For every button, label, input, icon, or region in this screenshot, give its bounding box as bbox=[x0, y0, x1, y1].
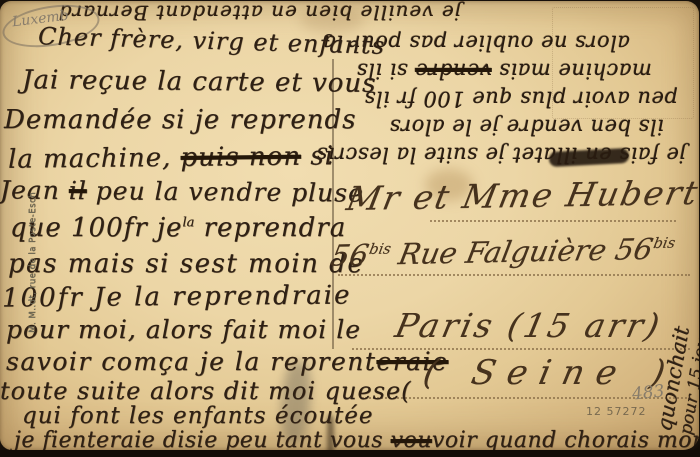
inverted-text: peu avoir plus que 100 fr ils bbox=[364, 87, 678, 111]
handwriting-line: Demandée si je reprends bbox=[4, 105, 356, 135]
handwriting-line: Jai reçue la carte et vous bbox=[22, 65, 377, 99]
handwriting-line: pas mais si sest moin de bbox=[8, 249, 364, 279]
inverted-text: je veuille bien en attendant Bernard bbox=[58, 1, 461, 25]
handwriting-text: savoir comça je la reprent bbox=[6, 347, 376, 376]
handwriting-text: peu la vendre pluse bbox=[87, 176, 364, 207]
handwriting-line: je fienteraie disie peu tant vous vouvoi… bbox=[14, 428, 699, 450]
handwriting-line: que 100fr jela reprendra bbox=[10, 213, 346, 243]
publisher-imprint: M. M..dt, rue de la Poste-Esch bbox=[28, 192, 38, 333]
handwriting-text: si bbox=[301, 141, 334, 171]
handwriting-text: je fienteraie disie peu tant vous bbox=[14, 428, 391, 450]
address-ruling-line bbox=[430, 220, 676, 222]
inverted-text: je fais en illatet je suite la lescris bbox=[316, 143, 686, 167]
superscript-text: la bbox=[182, 215, 194, 230]
address-line-city: Paris (15 arr) bbox=[392, 306, 666, 345]
handwriting-line: qui font les enfants écoutée bbox=[22, 403, 373, 429]
address-line-street: 56bis Rue Falguière 56bis bbox=[328, 231, 677, 272]
handwriting-text: la machine, bbox=[8, 143, 181, 175]
handwriting-text: reprendra bbox=[194, 213, 346, 243]
serial-number: 12 57272 bbox=[586, 405, 647, 418]
address-line-recipient: Mr et Mme Hubert bbox=[344, 173, 699, 218]
struck-text: puis non bbox=[180, 142, 301, 173]
handwriting-line: savoir comça je la reprenteraie bbox=[6, 347, 448, 376]
postcard-paper: je fais en illatet je suite la lescris i… bbox=[0, 1, 699, 450]
handwriting-line: 100fr Je la reprendraie bbox=[2, 280, 352, 313]
handwriting-line: pour moi, alors fait moi le bbox=[6, 315, 361, 344]
inverted-top-line: je veuille bien en attendant Bernard bbox=[58, 1, 461, 25]
inverted-struck-text: vendre bbox=[415, 59, 492, 83]
handwriting-text: voir quand chorais mon bbox=[432, 428, 699, 450]
handwriting-line: toute suite alors dit moi quese( bbox=[0, 377, 412, 405]
handwriting-line: la machine, puis non si bbox=[8, 141, 334, 174]
address-ruling-line bbox=[338, 274, 690, 276]
handwriting-line: Jean il peu la vendre pluse bbox=[0, 175, 364, 207]
inverted-text: ils ben vendre je le alors bbox=[390, 115, 665, 139]
struck-text: il bbox=[69, 176, 87, 205]
struck-text: vou bbox=[391, 428, 432, 450]
address-text: Rue Falguière 56 bbox=[387, 232, 656, 271]
address-text: 56 bbox=[328, 238, 372, 273]
scanned-postcard: je fais en illatet je suite la lescris i… bbox=[0, 0, 700, 457]
superscript-text: bis bbox=[652, 236, 677, 252]
inverted-text: machine mais bbox=[492, 59, 652, 83]
scan-edge bbox=[0, 450, 700, 457]
